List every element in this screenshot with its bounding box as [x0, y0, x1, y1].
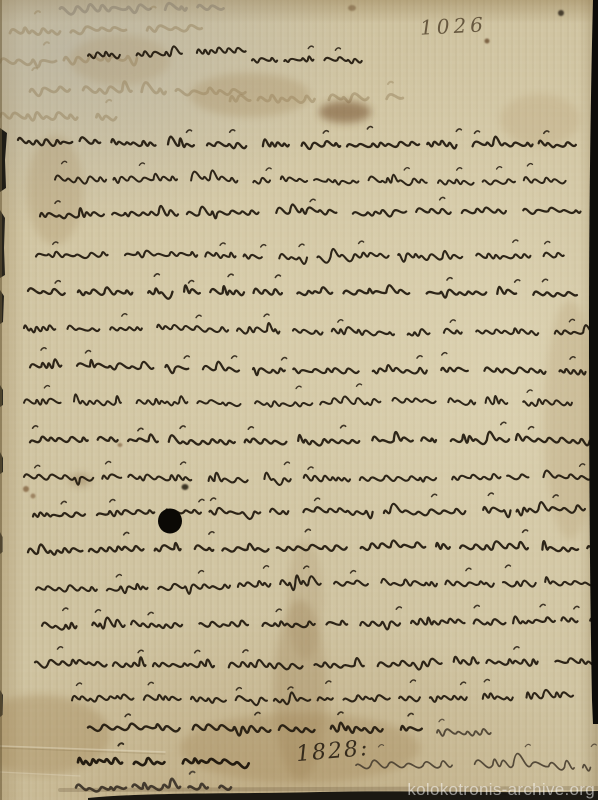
ink-dot: [31, 494, 36, 499]
ink-dot: [348, 5, 356, 11]
ink-dot: [558, 10, 564, 16]
stain: [319, 101, 371, 123]
page-number: 1026: [419, 12, 487, 39]
stain: [70, 35, 170, 85]
ink-dot: [23, 486, 29, 492]
ink-dot: [485, 39, 490, 44]
stain: [190, 73, 310, 117]
archive-watermark: kolokotronis-archive.org: [407, 780, 595, 800]
stain: [0, 695, 110, 775]
manuscript-scan-page: 1026 1828: kolokotronis-archive.org: [0, 0, 598, 800]
scan-edge: [0, 0, 2, 800]
stain: [287, 540, 323, 660]
ink-dot: [118, 443, 123, 447]
handwriting-layer: [0, 0, 598, 800]
punch-hole-circle: [158, 509, 182, 534]
punch-hole: [158, 509, 182, 534]
ink-dot: [182, 484, 189, 490]
scan-edge: [589, 0, 598, 724]
stain: [500, 94, 580, 146]
stain: [544, 300, 596, 540]
paper-stains: [0, 5, 596, 783]
stain: [27, 135, 83, 245]
